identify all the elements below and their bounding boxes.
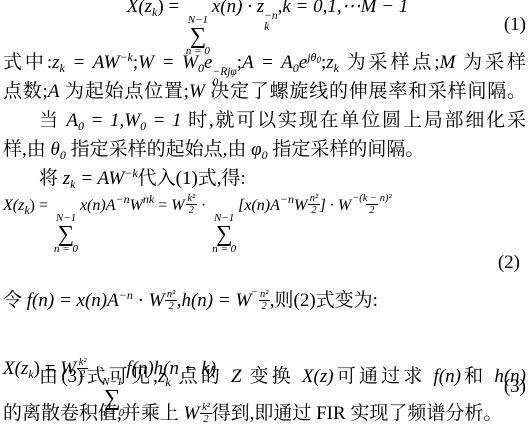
superscript: −n — [115, 192, 129, 206]
equation-2-number: (2) — [498, 250, 520, 276]
dot-operator: · — [133, 290, 149, 311]
eq2-lhs: X(z — [3, 197, 24, 214]
exponent-fraction: k²2 — [200, 402, 211, 425]
text-run: 变换 — [242, 366, 302, 387]
text-run: 为起始点位置; — [59, 81, 189, 102]
math-var: e — [299, 52, 307, 73]
eq2-term: [x(n)A — [238, 197, 280, 214]
sigma-icon: ∑ — [216, 224, 232, 244]
text-run: 样,由 — [3, 139, 51, 160]
frac-numerator: −(k − n)² — [352, 193, 391, 204]
text-run: 由(3)式可见, — [39, 366, 158, 387]
eq2-term: W — [171, 197, 184, 214]
text-run: 将 — [39, 168, 63, 189]
math-var: M — [440, 52, 456, 73]
exponent-fraction: n²2 — [308, 193, 319, 216]
superscript: −k — [124, 166, 137, 180]
equation-1: X(zk) = N−1∑n = 0x(n) · z−nk,k = 0,1,⋯M … — [3, 2, 529, 48]
frac-denominator: 2 — [366, 204, 377, 216]
frac-denominator: 2 — [200, 413, 211, 425]
paragraph-3-line-1: 将 zk = AW−k代入(1)式,得: — [3, 166, 526, 192]
dot-operator: · — [197, 197, 210, 214]
text-run: ,则(2)式变为: — [270, 290, 378, 311]
math-var: W — [149, 290, 165, 311]
math-var: = AW — [65, 52, 120, 73]
sigma-icon: ∑ — [190, 26, 206, 46]
text-run: 为采样 — [455, 52, 526, 73]
math-var: = 1 — [146, 110, 181, 131]
math-var: e — [204, 52, 212, 73]
eq1-z-sup: −n — [264, 11, 278, 22]
text-run: 为采样点; — [339, 52, 440, 73]
text-run: 决定了螺旋线的伸展率和采样间隔。 — [205, 81, 526, 102]
math-var: W = W — [138, 52, 198, 73]
text-run: 点的 — [171, 366, 231, 387]
math-var: z — [326, 52, 333, 73]
math-var: θ — [51, 139, 60, 160]
paper-page: X(zk) = N−1∑n = 0x(n) · z−nk,k = 0,1,⋯M … — [0, 0, 529, 434]
eq1-tail: ,k = 0,1,⋯M − 1 — [278, 0, 409, 17]
frac-denominator: 2 — [186, 204, 197, 216]
text-run: 得到,即通过 FIR 实现了频谱分析。 — [212, 403, 503, 424]
exponent-fraction: −(k − n)²2 — [352, 193, 391, 216]
frac-denominator: 2 — [308, 204, 319, 216]
text-run: 代入(1)式,得: — [138, 168, 246, 189]
minus-sign: − — [251, 286, 257, 298]
frac-numerator: k² — [202, 402, 210, 413]
math-var: W — [184, 403, 200, 424]
math-var: W — [124, 110, 140, 131]
math-var: W — [189, 81, 205, 102]
math-var: = AW — [76, 168, 125, 189]
equation-1-body: X(zk) = N−1∑n = 0x(n) · z−nk,k = 0,1,⋯M … — [127, 0, 409, 57]
paragraph-2-line-2: 样,由 θ0 指定采样的起始点,由 φ0 指定采样的间隔。 — [3, 137, 526, 163]
exponent-fraction: k²2 — [186, 193, 197, 216]
frac-numerator: k² — [187, 193, 195, 204]
paragraph-1-line-2: 点数;A 为起始点位置;W 决定了螺旋线的伸展率和采样间隔。 — [3, 79, 526, 105]
eq1-z-sub: k — [264, 22, 269, 33]
superscript: −k — [119, 50, 132, 64]
text-run: 点数; — [3, 81, 48, 102]
eq1-term: x(n) · z — [212, 0, 264, 17]
eq2-term: ] · — [320, 197, 338, 214]
eq2-term: W — [338, 197, 351, 214]
math-var: Z — [231, 366, 242, 387]
paragraph-4-body: 令 f(n) = x(n)A−n · Wn²2,h(n) = W−n²2,则(2… — [3, 288, 378, 314]
superscript: −n — [280, 192, 294, 206]
math-var: A — [48, 81, 60, 102]
math-var: z — [52, 52, 59, 73]
text-run: 和 — [461, 366, 494, 387]
math-var: φ — [251, 139, 262, 160]
eq1-z-scripts: −nk — [264, 11, 278, 33]
text-run: 的离散卷积值,并乘上 — [3, 403, 184, 424]
text-run: 令 — [3, 290, 27, 311]
math-var: A — [66, 110, 78, 131]
eq2-term: W — [294, 197, 307, 214]
paragraph-5-line-2: 的离散卷积值,并乘上 Wk²2得到,即通过 FIR 实现了频谱分析。 — [3, 396, 526, 432]
math-var: h(n) = W — [181, 290, 251, 311]
frac-numerator: n² — [260, 289, 268, 300]
text-run: 指定采样的间隔。 — [268, 139, 425, 160]
eq1-lhs: X(z — [127, 0, 152, 17]
math-var: f(n) — [434, 366, 461, 387]
math-var: X(z) — [302, 366, 334, 387]
paragraph-5-line-1: 由(3)式可见,zk 点的 Z 变换 X(z)可通过求 f(n)和 h(n) — [3, 364, 526, 390]
superscript: nk — [143, 192, 154, 206]
sum-symbol: N−1∑n = 0 — [212, 213, 236, 255]
equation-2-body: X(zk) = N−1∑n = 0x(n)A−nWnk = Wk²2 · N−1… — [3, 193, 392, 255]
frac-denominator: 2 — [259, 300, 270, 312]
paragraph-5-line-2-body: 的离散卷积值,并乘上 Wk²2得到,即通过 FIR 实现了频谱分析。 — [3, 401, 502, 427]
frac-numerator: n² — [167, 289, 175, 300]
eq2-equals: ) = — [30, 197, 52, 214]
math-var: = 1, — [84, 110, 124, 131]
eq2-equals2: = — [154, 197, 171, 214]
text-run: 指定采样的起始点,由 — [66, 139, 251, 160]
eq2-term: W — [130, 197, 143, 214]
sum-symbol: N−1∑n = 0 — [54, 213, 78, 255]
eq1-equals: ) = — [157, 0, 184, 17]
exponent-fraction: n²2 — [165, 289, 176, 312]
superscript: −n — [119, 288, 133, 302]
frac-numerator: n² — [310, 193, 318, 204]
text-run: 当 — [39, 110, 66, 131]
paragraph-4: 令 f(n) = x(n)A−n · Wn²2,h(n) = W−n²2,则(2… — [3, 283, 526, 319]
paragraph-2-line-1: 当 A0 = 1,W0 = 1 时,就可以实现在单位圆上局部细化采 — [3, 108, 526, 134]
superscript: jθ0 — [307, 50, 321, 64]
frac-denominator: 2 — [165, 300, 176, 312]
math-var: h(n) — [494, 366, 526, 387]
math-var: f(n) = x(n)A — [27, 290, 119, 311]
math-var: A = A — [242, 52, 293, 73]
text-run: 可通过求 — [334, 366, 434, 387]
text-run: 时,就可以实现在单位圆上局部细化采 — [182, 110, 526, 131]
sigma-icon: ∑ — [58, 224, 74, 244]
exponent-fraction: n²2 — [259, 289, 270, 312]
eq2-term: x(n)A — [80, 197, 116, 214]
text-run: 式中: — [3, 52, 52, 73]
equation-1-number: (1) — [504, 12, 526, 38]
equation-2-number-row: (2) — [3, 250, 526, 276]
equation-2: X(zk) = N−1∑n = 0x(n)A−nWnk = Wk²2 · N−1… — [3, 198, 526, 250]
